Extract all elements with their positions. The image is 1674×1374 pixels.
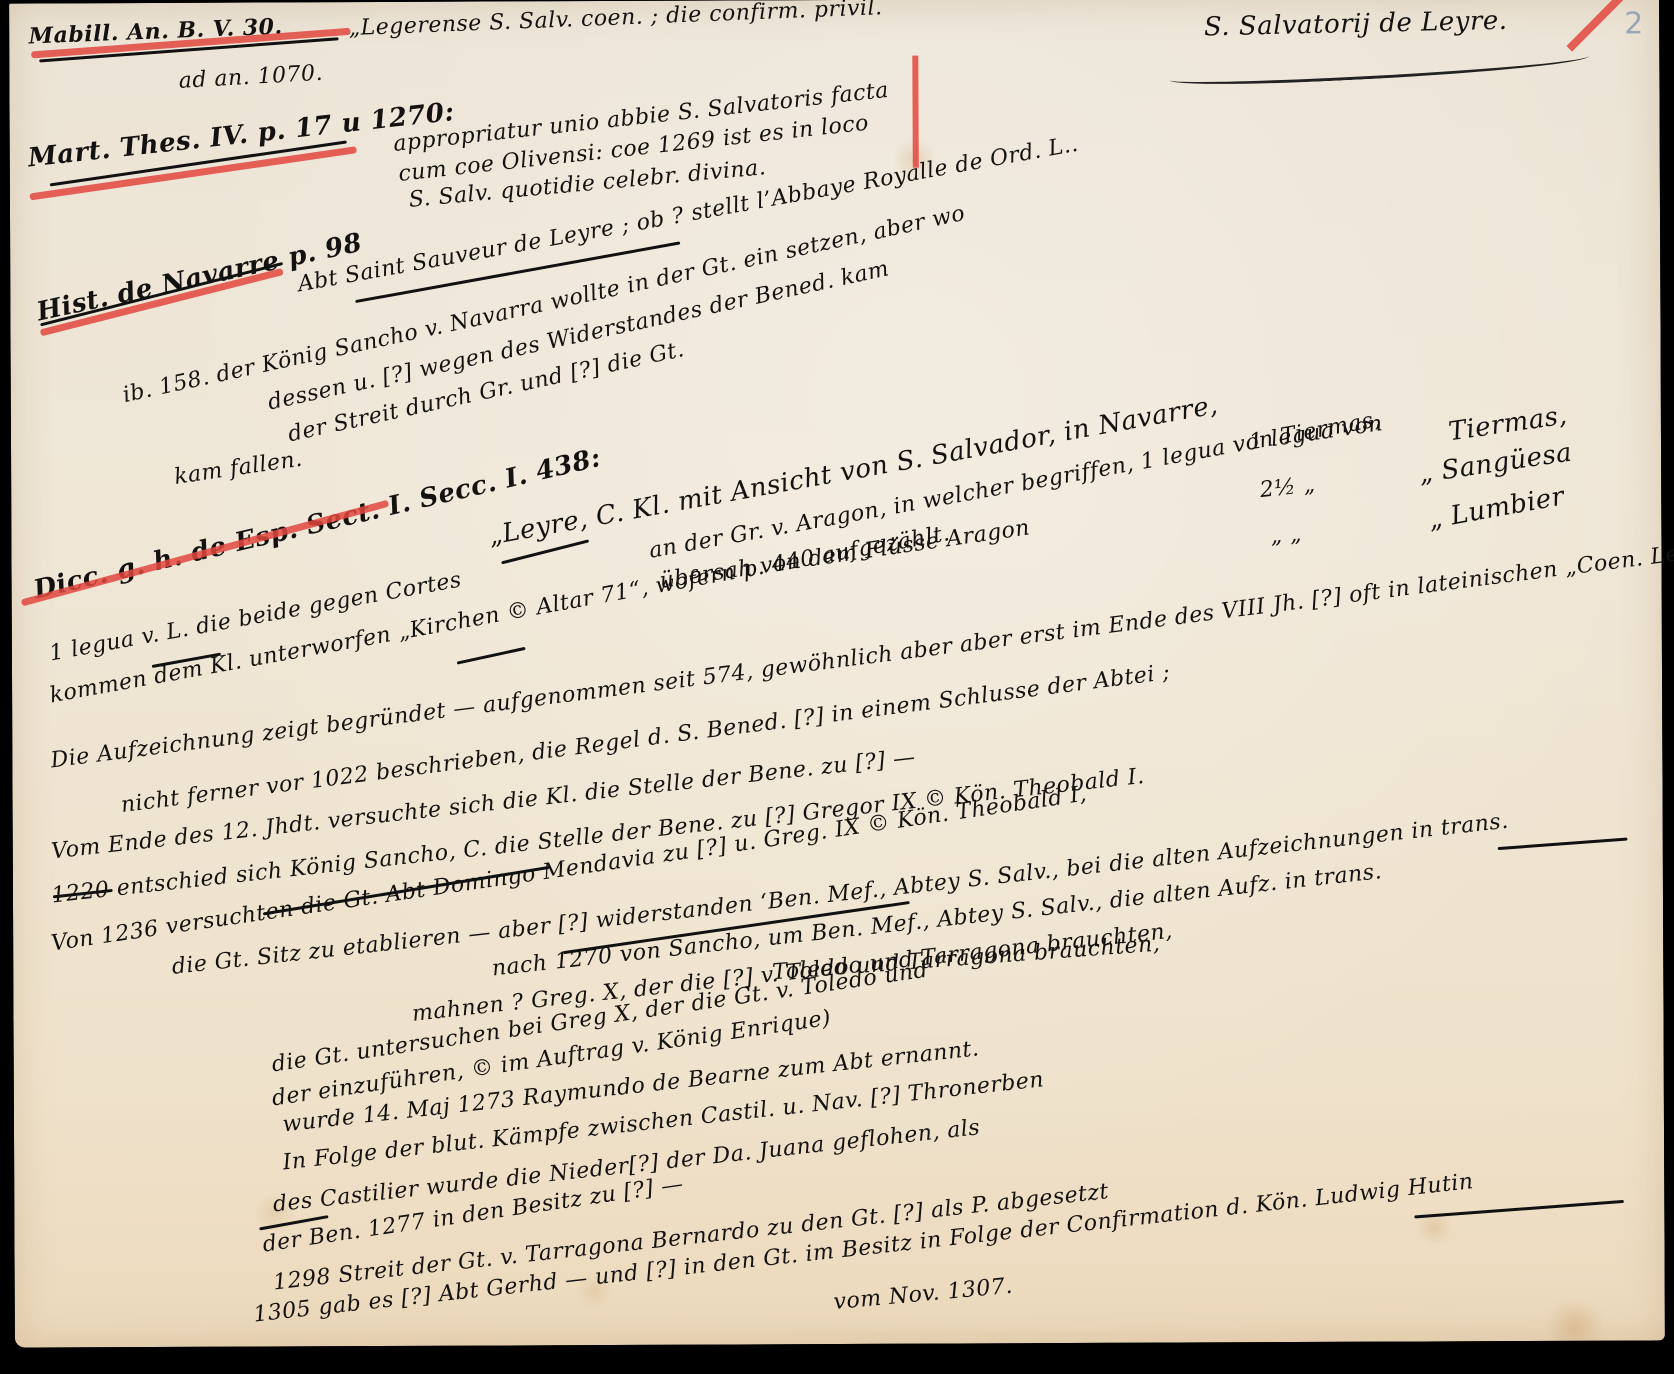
distance-value-2: 2½ „ (1259, 472, 1317, 503)
distance-place-sanguesa: „ Sangüesa (1417, 438, 1574, 490)
body-line-20: vom Nov. 1307. (833, 1274, 1014, 1315)
ink-underline-in-trans (1498, 837, 1628, 850)
red-pencil-margin-mark (912, 56, 918, 168)
entry-line-hist-navarre-4: kam fallen. (173, 447, 305, 490)
page-number: 2 (1624, 6, 1643, 41)
page-heading: S. Salvatorij de Leyre. (1204, 6, 1508, 43)
ink-underline-kirchen (457, 647, 526, 665)
manuscript-page: 2 S. Salvatorij de Leyre. Mabill. An. B.… (9, 0, 1665, 1348)
entry-continuation-mabillon: ad an. 1070. (178, 61, 324, 94)
heading-swash-underline (1169, 48, 1590, 89)
distance-place-lumbier: „ Lumbier (1426, 481, 1567, 535)
ink-underline-ludwig-hutin (1414, 1200, 1624, 1219)
distance-value-3: „ „ (1270, 522, 1303, 549)
entry-text-mabillon: „Legerense S. Salv. coen. ; die confirm.… (348, 0, 883, 41)
